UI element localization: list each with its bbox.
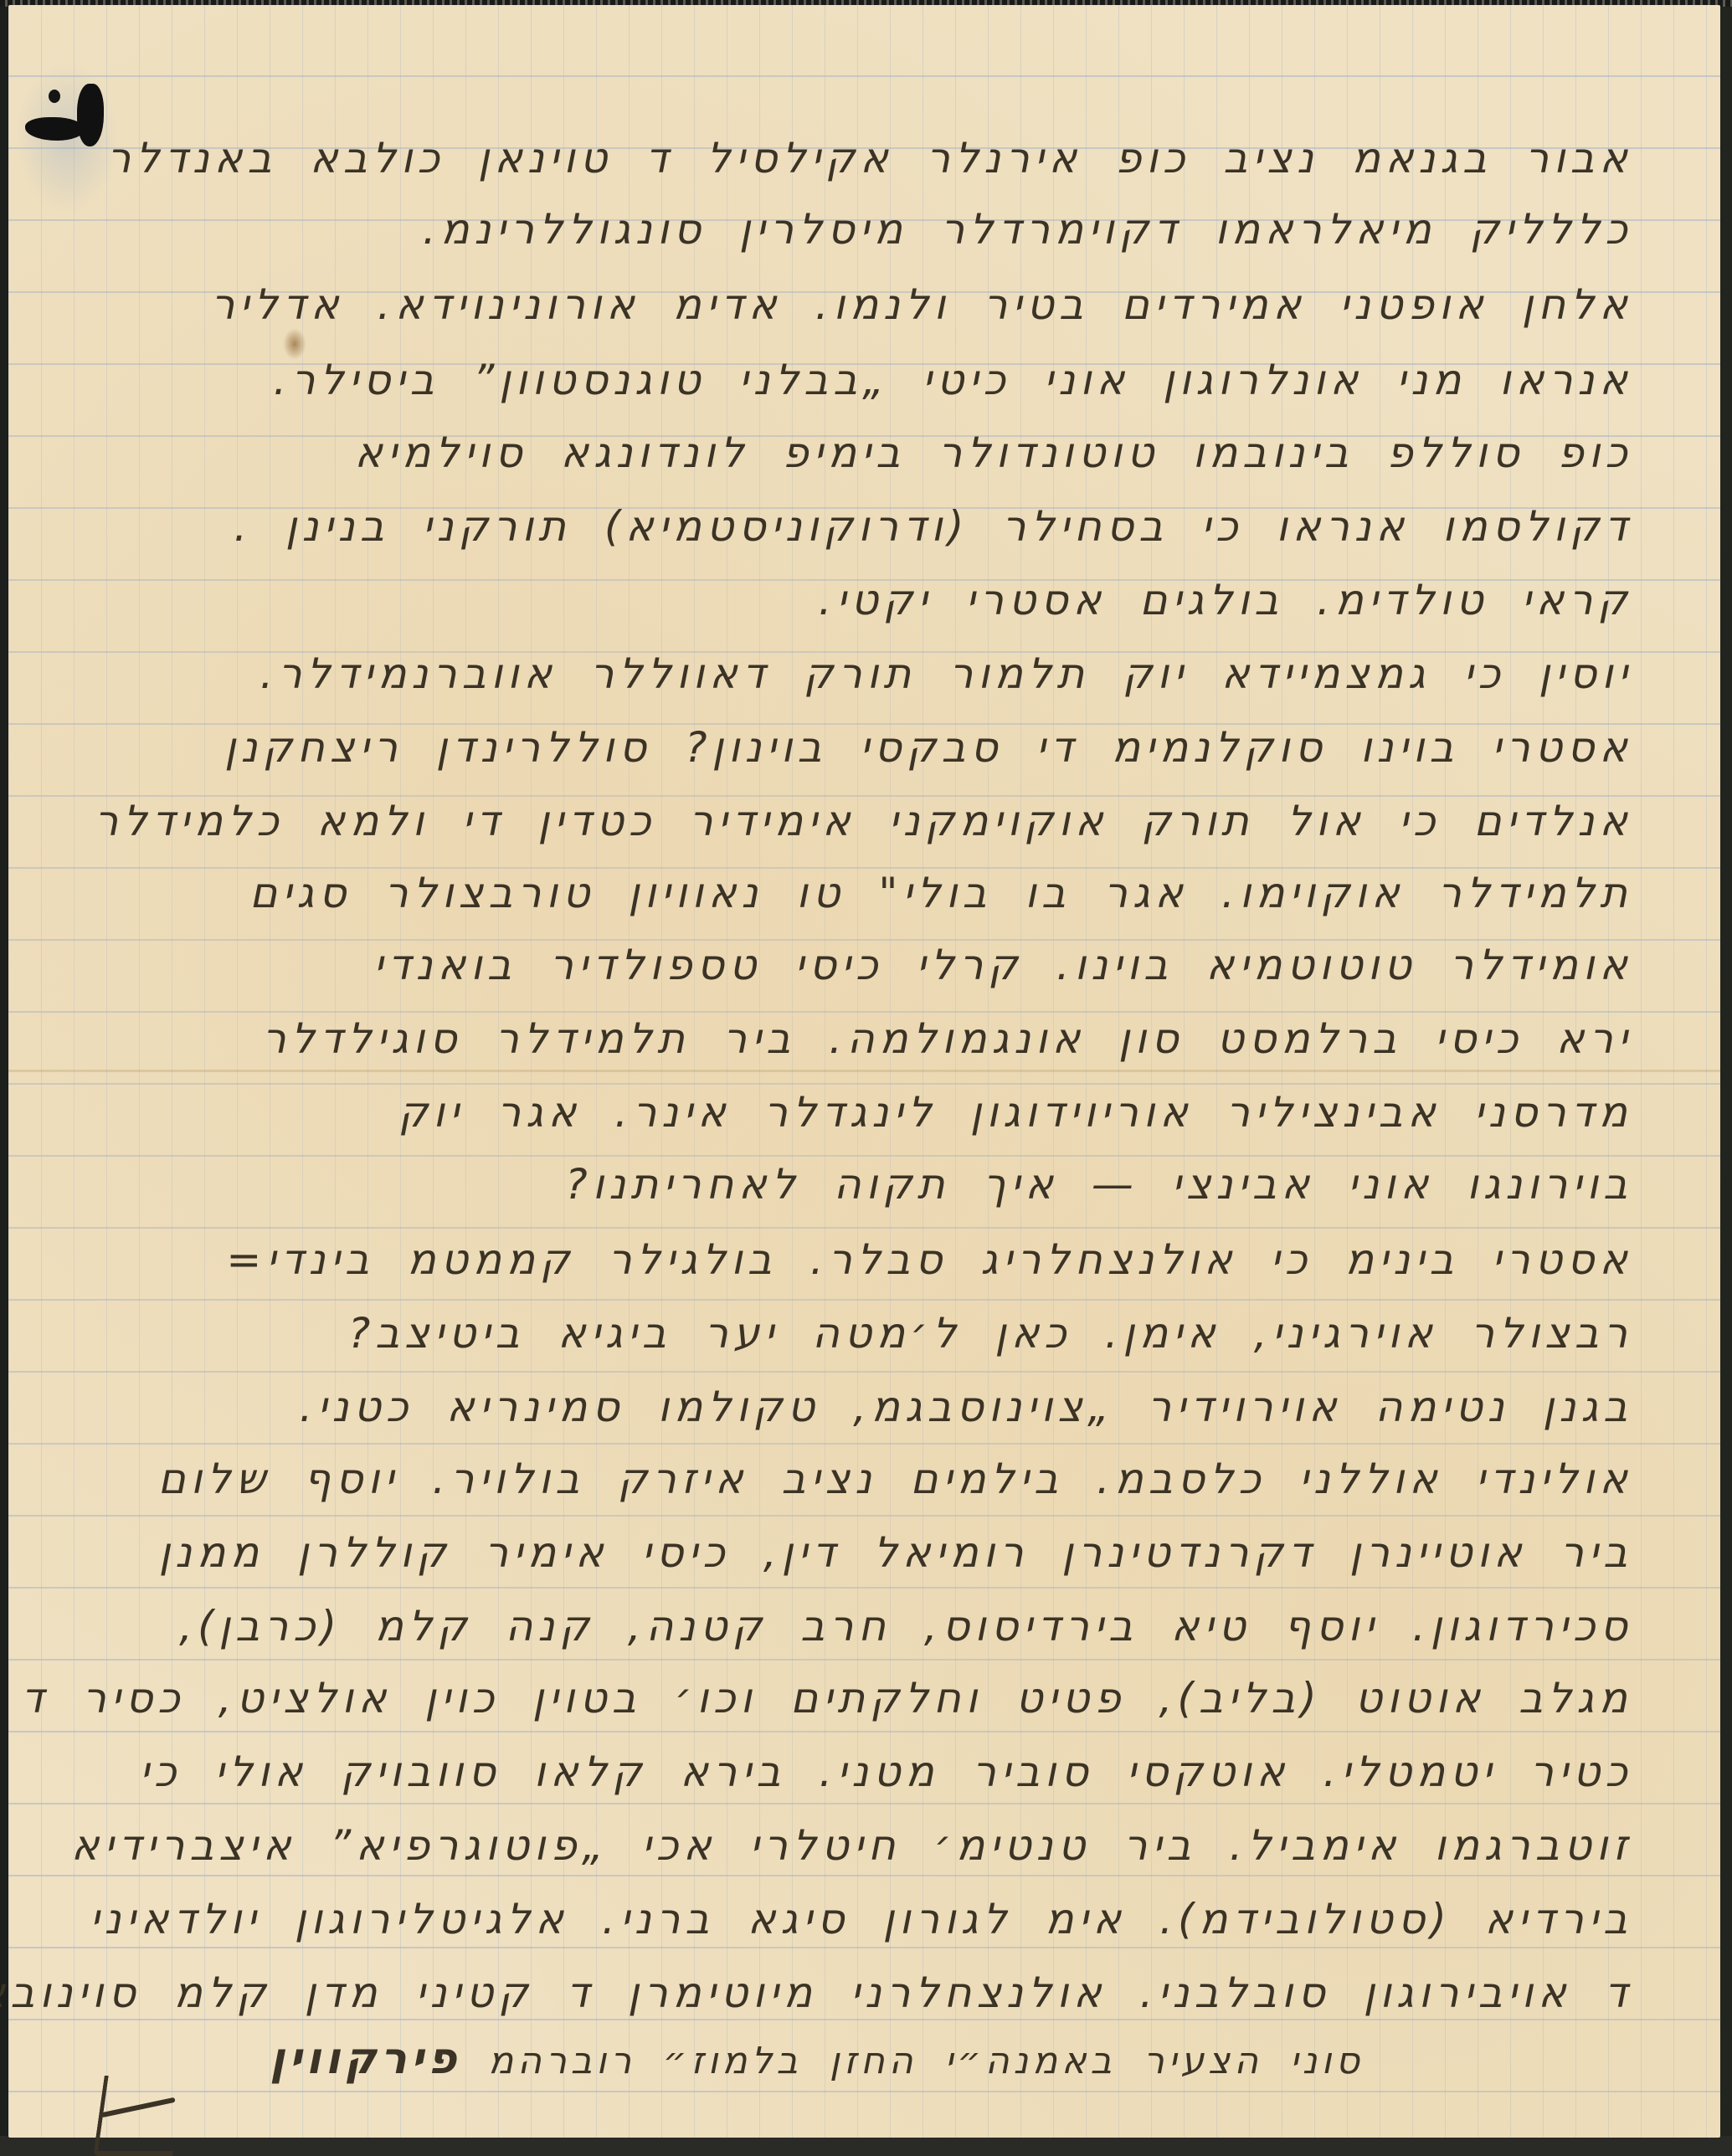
letter-line: זוטברגמו אימביל. ביר טנטימ׳ חיטלרי אכי „… — [71, 1821, 1632, 1870]
letter-line: רבצולר אוירגיני, אימן. כאן ל׳מטה יער ביג… — [348, 1309, 1632, 1358]
letter-line: אסטרי בוינו סוקלנמימ די סבקסי בוינון? סו… — [224, 723, 1632, 772]
letter-line: אולינדי אוללני כלסבמ. בילמים נציב איזרק … — [158, 1455, 1632, 1503]
letter-line: כופ סוללפ בינובמו טוטונדולר בימיפ לונדונ… — [355, 429, 1632, 477]
letter-line: מגלב אוטוט (בליב), פטיט וחלקתים וכו׳ בטו… — [21, 1674, 1632, 1722]
letter-line: בירדיא (סטולובידמ). אימ לגורון סיגא ברני… — [90, 1895, 1632, 1943]
letter-line: אומידלר טוטוטמיא בוינו. קרלי כיסי טספולד… — [373, 941, 1632, 989]
closing-signature: סוני הצעיר באמנה״י החזן בלמוז״ רוברהמ פי… — [270, 2034, 1364, 2084]
letter-line: אסטרי בינימ כי אולנצחלריג סבלר. בולגילר … — [226, 1235, 1632, 1284]
letter-line: כללליק מיאלראמו דקוימרדלר מיסלרין סונגול… — [423, 205, 1632, 254]
letter-line: תלמידלר אוקוימו. אגר בו בולי" טו נאוויון… — [249, 869, 1632, 917]
letter-line: אנלדים כי אול תורק אוקוימקני אימידיר כטד… — [95, 797, 1632, 845]
letter-line: ד אויבירוגון סובלבני. אולנצחלרני מיוטימר… — [0, 1969, 1632, 2017]
ink-stamp-icon — [25, 80, 109, 146]
letter-line: בגנן נטימה אוירוידיר „צוינוסבגמ, טקולמו … — [300, 1383, 1632, 1431]
letter-line: כטיר יטמטלי. אוטקסי סוביר מטני. בירא קלא… — [140, 1748, 1632, 1796]
letter-line: יוסין כי גמצמיידא יוק תלמור תורק דאווללר… — [260, 649, 1632, 698]
letter-line: ביר אוטיינרן דקרנדטינרן רומיאל דין, כיסי… — [159, 1528, 1632, 1577]
page-right-border — [1720, 0, 1732, 2143]
closing-text: סוני הצעיר באמנה״י החזן בלמוז״ רוברהמ — [488, 2040, 1364, 2082]
letter-line: אבור בגנאמ נציב כופ אירנלר אקילסיל ד טוי… — [107, 134, 1632, 182]
letter-line: אלחן אופטני אמירדים בטיר ולנמו. אדימ אור… — [211, 280, 1632, 329]
letter-line: מדרסני אבינציליר אוריוידוגון לינגדלר אינ… — [398, 1088, 1632, 1137]
letter-line: קראי טולדימ. בולגים אסטרי יקטי. — [819, 576, 1632, 624]
letter-line: סכירדוגון. יוסף טיא בירדיסוס, חרב קטנה, … — [179, 1602, 1632, 1650]
signature-name: פירקווין — [270, 2034, 460, 2084]
letter-line: דקולסמו אנראו כי בסחילר (ודרוקוניסטמיא) … — [234, 502, 1632, 551]
paper-fold-line — [8, 1070, 1720, 1072]
letter-line: אנראו מני אונלרוגון אוני כיטי „בבלני טוג… — [273, 356, 1632, 404]
letter-line: ירא כיסי ברלמסט סון אונגמולמה. ביר תלמיד… — [263, 1014, 1632, 1063]
letter-line: בוירונגו אוני אבינצי — איך תקוה לאחריתנו… — [565, 1160, 1632, 1209]
